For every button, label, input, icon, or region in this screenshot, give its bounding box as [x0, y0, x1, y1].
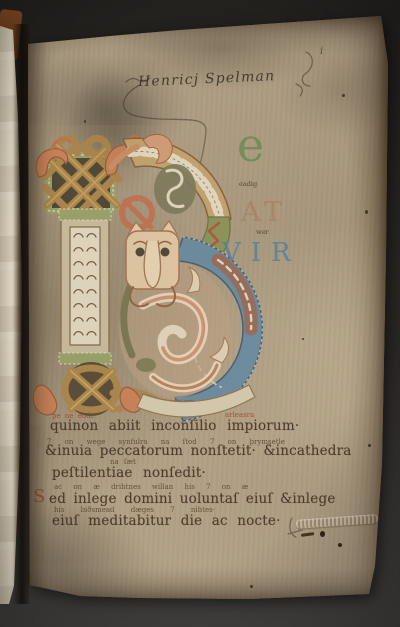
page-wrapper: Henricj Spelman i	[20, 14, 392, 606]
manuscript-photo: Henricj Spelman i	[0, 0, 400, 627]
page-edge-shading	[20, 14, 392, 606]
manuscript-page: Henricj Spelman i	[20, 14, 392, 606]
